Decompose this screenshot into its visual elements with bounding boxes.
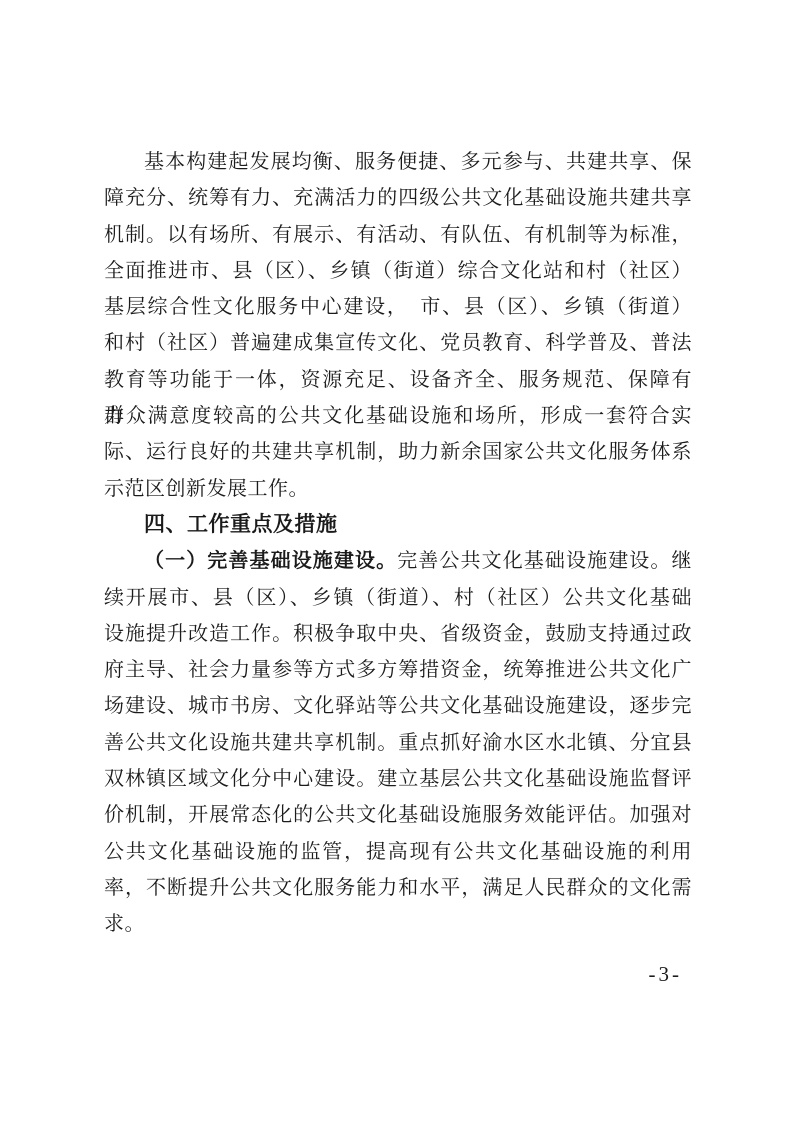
paragraph1-line-1: 基本构建起发展均衡、服务便捷、多元参与、共建共享、保 bbox=[104, 144, 692, 180]
paragraph2-line-5: 场建设、城市书房、文化驿站等公共文化基础设施建设，逐步完 bbox=[104, 688, 692, 724]
section-heading: 四、工作重点及措施 bbox=[104, 507, 692, 543]
paragraph2-line-11: 求。 bbox=[104, 906, 692, 942]
paragraph2-line-2: 续开展市、县（区）、乡镇（街道）、村（社区）公共文化基础 bbox=[104, 580, 692, 616]
paragraph1-line-4: 全面推进市、县（区）、乡镇（街道）综合文化站和村（社区） bbox=[104, 253, 692, 289]
document-page: 基本构建起发展均衡、服务便捷、多元参与、共建共享、保 障充分、统筹有力、充满活力… bbox=[0, 0, 793, 1122]
paragraph2-line-3: 设施提升改造工作。积极争取中央、省级资金，鼓励支持通过政 bbox=[104, 616, 692, 652]
paragraph1-line-7: 教育等功能于一体，资源充足、设备齐全、服务规范、保障有力、 bbox=[104, 362, 692, 398]
paragraph1-line-6: 和村（社区）普遍建成集宣传文化、党员教育、科学普及、普法 bbox=[104, 325, 692, 361]
paragraph1-line-5: 基层综合性文化服务中心建设， 市、县（区）、乡镇（街道） bbox=[104, 289, 692, 325]
paragraph1-line-8: 群众满意度较高的公共文化基础设施和场所，形成一套符合实 bbox=[104, 398, 692, 434]
paragraph2-line-8: 价机制，开展常态化的公共文化基础设施服务效能评估。加强对 bbox=[104, 797, 692, 833]
paragraph1-line-10: 示范区创新发展工作。 bbox=[104, 471, 692, 507]
document-body: 基本构建起发展均衡、服务便捷、多元参与、共建共享、保 障充分、统筹有力、充满活力… bbox=[104, 144, 692, 943]
paragraph2-line-10: 率，不断提升公共文化服务能力和水平，满足人民群众的文化需 bbox=[104, 870, 692, 906]
paragraph2-line-7: 双林镇区域文化分中心建设。建立基层公共文化基础设施监督评 bbox=[104, 761, 692, 797]
paragraph2-first-line-rest: 完善公共文化基础设施建设。继 bbox=[397, 550, 692, 572]
paragraph1-line-3: 机制。以有场所、有展示、有活动、有队伍、有机制等为标准， bbox=[104, 217, 692, 253]
page-number: -3- bbox=[649, 962, 683, 987]
paragraph1-line-2: 障充分、统筹有力、充满活力的四级公共文化基础设施共建共享 bbox=[104, 180, 692, 216]
paragraph2-bold-lead: （一）完善基础设施建设。 bbox=[144, 550, 397, 572]
paragraph2-first-line: （一）完善基础设施建设。完善公共文化基础设施建设。继 bbox=[104, 543, 692, 579]
paragraph2-line-6: 善公共文化设施共建共享机制。重点抓好渝水区水北镇、分宜县 bbox=[104, 725, 692, 761]
paragraph2-line-9: 公共文化基础设施的监管，提高现有公共文化基础设施的利用 bbox=[104, 834, 692, 870]
paragraph1-line-9: 际、运行良好的共建共享机制，助力新余国家公共文化服务体系 bbox=[104, 434, 692, 470]
paragraph2-line-4: 府主导、社会力量参等方式多方筹措资金，统筹推进公共文化广 bbox=[104, 652, 692, 688]
